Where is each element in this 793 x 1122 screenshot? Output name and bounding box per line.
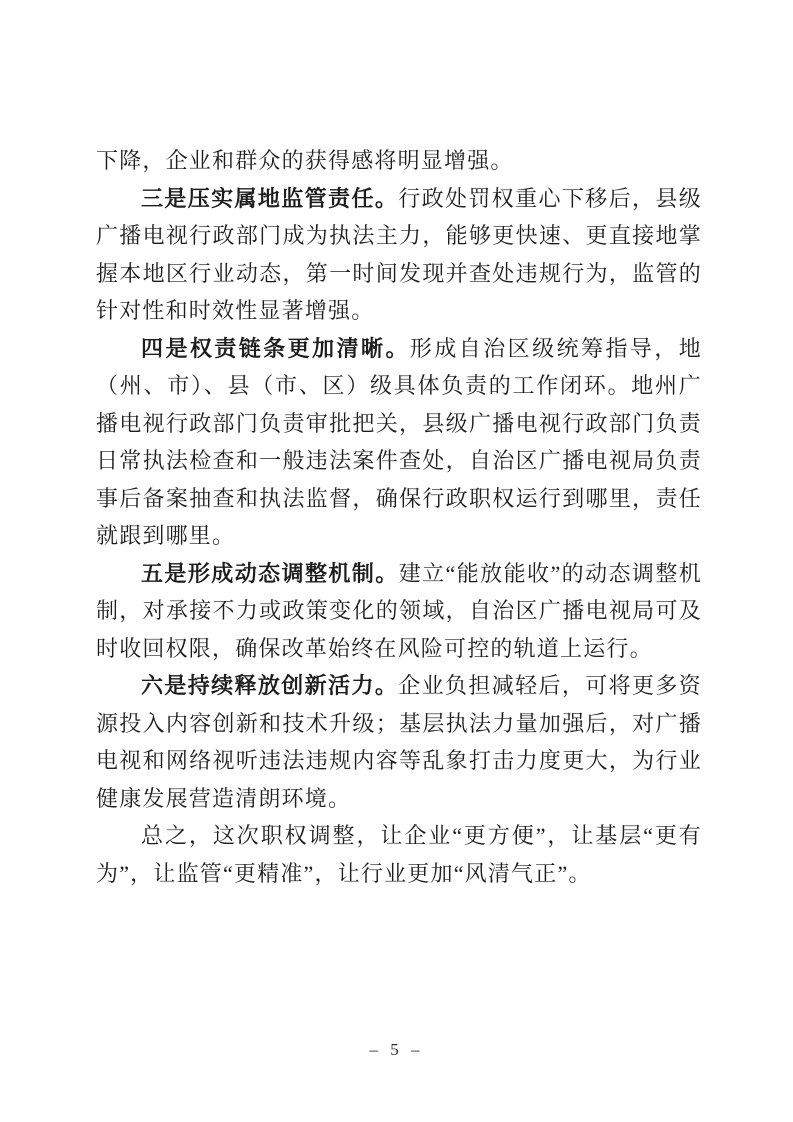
paragraph-lead: 三是压实属地监管责任。 <box>141 186 398 211</box>
paragraph: 四是权责链条更加清晰。形成自治区级统筹指导，地（州、市）、县（市、区）级具体负责… <box>96 330 702 555</box>
page-number: – 5 – <box>370 1040 424 1059</box>
paragraph-lead: 六是持续释放创新活力。 <box>141 673 398 698</box>
paragraph-lead: 四是权责链条更加清晰。 <box>141 336 410 361</box>
paragraph: 六是持续释放创新活力。企业负担减轻后，可将更多资源投入内容创新和技术升级；基层执… <box>96 667 702 817</box>
paragraph: 五是形成动态调整机制。建立“能放能收”的动态调整机制，对承接不力或政策变化的领域… <box>96 555 702 668</box>
paragraph: 下降，企业和群众的获得感将明显增强。 <box>96 142 702 180</box>
paragraph-text: 下降，企业和群众的获得感将明显增强。 <box>96 148 514 173</box>
document-page: 下降，企业和群众的获得感将明显增强。三是压实属地监管责任。行政处罚权重心下移后，… <box>0 0 793 1122</box>
paragraph-lead: 五是形成动态调整机制。 <box>141 561 399 586</box>
paragraph: 三是压实属地监管责任。行政处罚权重心下移后，县级广播电视行政部门成为执法主力，能… <box>96 180 702 330</box>
paragraph-text: 总之，这次职权调整，让企业“更方便”，让基层“更有为”，让监管“更精准”，让行业… <box>96 823 702 886</box>
paragraph-text: 形成自治区级统筹指导，地（州、市）、县（市、区）级具体负责的工作闭环。地州广播电… <box>96 336 702 549</box>
paragraph: 总之，这次职权调整，让企业“更方便”，让基层“更有为”，让监管“更精准”，让行业… <box>96 817 702 892</box>
document-body: 下降，企业和群众的获得感将明显增强。三是压实属地监管责任。行政处罚权重心下移后，… <box>96 142 702 892</box>
page-footer: – 5 – <box>0 1040 793 1060</box>
